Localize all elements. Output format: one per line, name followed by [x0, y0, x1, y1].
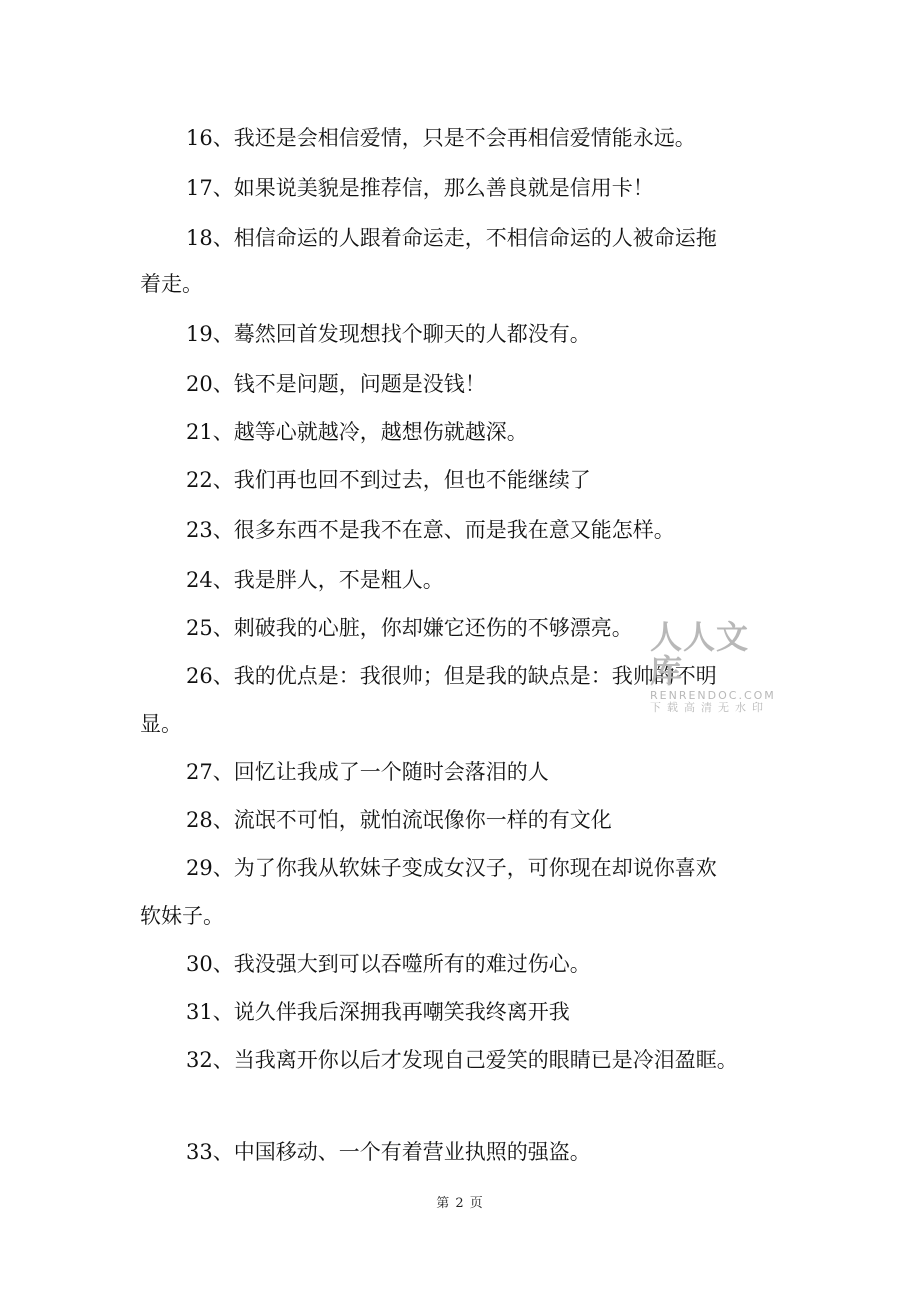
text-line: 21、越等心就越冷，越想伤就越深。: [186, 420, 528, 444]
text-line: 29、为了你我从软妹子变成女汉子，可你现在却说你喜欢: [186, 856, 717, 880]
text-line: 26、我的优点是：我很帅；但是我的缺点是：我帅的不明: [186, 664, 717, 688]
text-line: 31、说久伴我后深拥我再嘲笑我终离开我: [186, 1000, 570, 1024]
text-line: 28、流氓不可怕，就怕流氓像你一样的有文化: [186, 808, 612, 832]
text-line: 着走。: [140, 272, 203, 296]
page-number: 第 2 页: [0, 1192, 920, 1211]
text-line: 软妹子。: [140, 904, 224, 928]
text-line: 32、当我离开你以后才发现自己爱笑的眼睛已是冷泪盈眶。: [186, 1048, 738, 1072]
watermark-subtitle: RENRENDOC.COM: [650, 690, 780, 702]
text-line: 24、我是胖人，不是粗人。: [186, 568, 444, 592]
text-line: 16、我还是会相信爱情，只是不会再相信爱情能永远。: [186, 126, 696, 150]
text-line: 20、钱不是问题，问题是没钱！: [186, 372, 486, 396]
text-line: 27、回忆让我成了一个随时会落泪的人: [186, 760, 549, 784]
watermark-tagline: 下载高清无水印: [650, 702, 780, 714]
text-line: 30、我没强大到可以吞噬所有的难过伤心。: [186, 952, 591, 976]
text-line: 23、很多东西不是我不在意、而是我在意又能怎样。: [186, 518, 675, 542]
text-line: 25、刺破我的心脏，你却嫌它还伤的不够漂亮。: [186, 616, 633, 640]
text-line: 17、如果说美貌是推荐信，那么善良就是信用卡！: [186, 176, 654, 200]
text-line: 显。: [140, 712, 182, 736]
text-line: 33、中国移动、一个有着营业执照的强盗。: [186, 1140, 591, 1164]
text-line: 19、蓦然回首发现想找个聊天的人都没有。: [186, 322, 591, 346]
document-page: 16、我还是会相信爱情，只是不会再相信爱情能永远。 17、如果说美貌是推荐信，那…: [0, 0, 920, 1302]
text-line: 22、我们再也回不到过去，但也不能继续了: [186, 468, 591, 492]
text-line: 18、相信命运的人跟着命运走，不相信命运的人被命运拖: [186, 226, 717, 250]
